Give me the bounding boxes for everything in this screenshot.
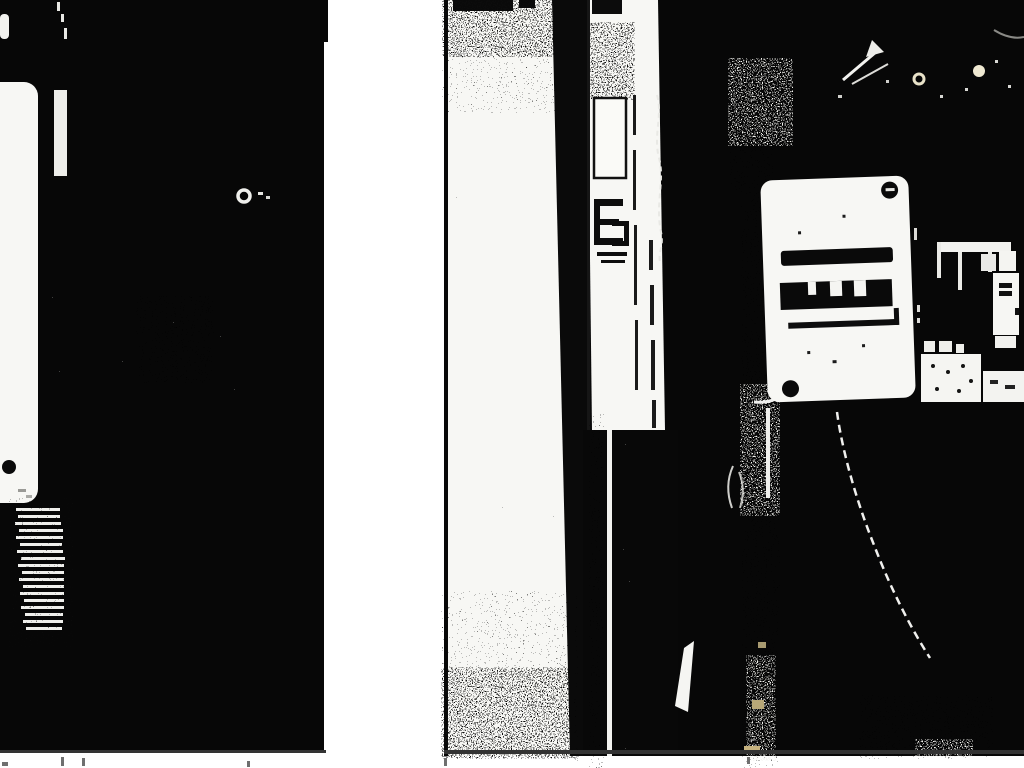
- left-photo: [0, 0, 328, 753]
- right-edge-speckle: [296, 175, 324, 310]
- door-noise-low-med: [448, 595, 572, 685]
- terminal-block: [999, 251, 1016, 271]
- speckle-cloud-core: [140, 300, 210, 380]
- door-noise-low-sparse: [448, 500, 572, 610]
- door-noise-top-dense: [448, 2, 554, 54]
- bottom-dust: [880, 640, 960, 700]
- contactor-tab: [956, 344, 964, 353]
- photocopy-scan: [0, 0, 1024, 768]
- small-block: [995, 336, 1016, 348]
- streak-speckle-column: [50, 170, 72, 520]
- right-photo-bottom-fringe: [444, 750, 1024, 754]
- contactor-tab: [924, 341, 935, 352]
- busbar-drop: [937, 242, 941, 278]
- terminal-block: [981, 254, 996, 271]
- right-photo: [444, 0, 1024, 756]
- relay-label-line: [999, 291, 1012, 296]
- mark-dash: [266, 196, 270, 199]
- relay-label-line: [999, 283, 1012, 288]
- door-noise-mid: [448, 190, 554, 490]
- contactor-body: [921, 354, 981, 402]
- breaker-panel: [760, 175, 916, 402]
- toggle-slot: [830, 281, 843, 296]
- hinge-bracket-speckle: [731, 62, 790, 142]
- corner-module-mark: [1005, 385, 1015, 389]
- mark-dash: [258, 192, 263, 195]
- door-plate-wear-noise: [0, 470, 40, 503]
- toggle-slot: [808, 282, 816, 295]
- door-noise-bottom-dense: [448, 672, 572, 754]
- corner-module-mark: [990, 380, 998, 384]
- left-photo-bottom-fringe: [0, 750, 326, 753]
- warm-spot: [758, 642, 766, 648]
- busbar-drop: [958, 252, 962, 290]
- door-noise-top-sparse: [448, 104, 554, 194]
- streak-dither: [54, 90, 67, 176]
- latch-bolt: [594, 98, 626, 178]
- lock-strip-left-line: [587, 0, 590, 430]
- relay-module: [993, 273, 1019, 335]
- plate-smudge: [26, 495, 32, 498]
- shadow-speckle-line: [575, 600, 578, 756]
- reflection-blob: [973, 65, 985, 77]
- plate-smudge: [18, 489, 26, 492]
- screw-slot: [886, 188, 895, 191]
- lock-strip-top-dark: [592, 0, 622, 14]
- left-photo-edge-step: [324, 0, 328, 42]
- corner-module: [983, 371, 1024, 402]
- breaker-toggle-row: [780, 279, 893, 310]
- toggle-slot: [854, 280, 867, 296]
- breaker-rail-hook: [894, 308, 900, 325]
- conduit-dither: [12, 504, 70, 640]
- left-edge-notch: [0, 14, 9, 39]
- contactor-tab: [939, 341, 952, 352]
- busbar: [937, 242, 1011, 252]
- door-plate: [0, 82, 38, 503]
- relay-notch: [1015, 308, 1019, 315]
- lower-dust: [240, 560, 300, 640]
- door-noise-top-med: [448, 48, 554, 110]
- lock-strip-speckle-block: [590, 26, 632, 96]
- scanned-photocopy-page: [0, 0, 1024, 768]
- page-tick-marks: [2, 757, 750, 767]
- warm-spot: [752, 700, 764, 709]
